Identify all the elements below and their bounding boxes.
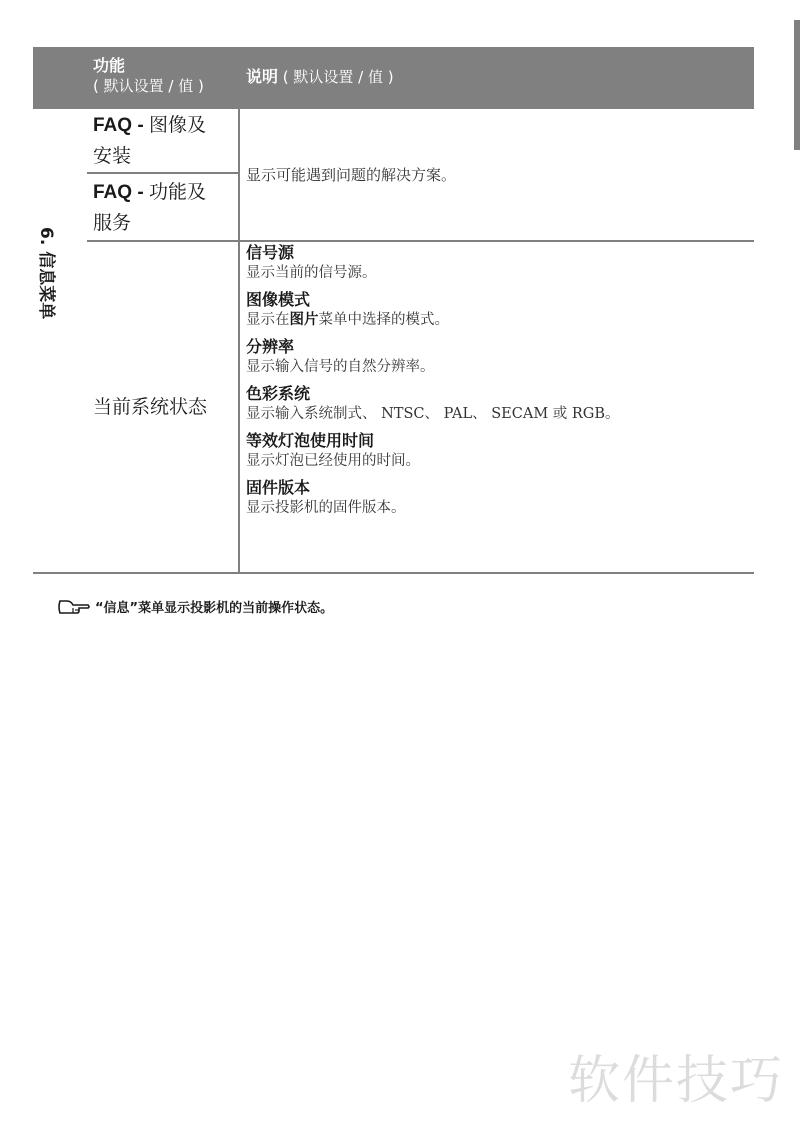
status-item-desc: 显示输入系统制式、 NTSC、 PAL、 SECAM 或 RGB。	[246, 404, 746, 424]
header-description-title: 说明	[246, 67, 278, 86]
header-function-subtitle: ( 默认设置 / 值 )	[93, 76, 204, 97]
faq-image-install-cell: FAQ - 图像及 安装	[93, 110, 206, 171]
faq-label-line1: 功能及	[149, 181, 206, 203]
status-item-title: 图像模式	[246, 290, 746, 310]
faq-label-line1: 图像及	[149, 114, 206, 136]
watermark: 软件技巧	[568, 1038, 784, 1113]
faq-prefix: FAQ -	[93, 182, 149, 203]
status-item-desc: 显示在图片菜单中选择的模式。	[246, 310, 746, 330]
status-item-color-system: 色彩系统 显示输入系统制式、 NTSC、 PAL、 SECAM 或 RGB。	[246, 384, 746, 424]
note-text: “信息”菜单显示投影机的当前操作状态。	[95, 597, 333, 616]
status-item-firmware-version: 固件版本 显示投影机的固件版本。	[246, 478, 746, 518]
status-item-picture-mode: 图像模式 显示在图片菜单中选择的模式。	[246, 290, 746, 330]
status-item-title: 信号源	[246, 243, 746, 263]
header-function-title: 功能	[93, 56, 125, 75]
header-description-column: 说明 ( 默认设置 / 值 )	[246, 66, 394, 88]
column-divider	[238, 109, 240, 574]
row-divider-status	[87, 240, 754, 242]
row-divider-faq	[87, 172, 239, 174]
desc-text: 菜单中选择的模式。	[319, 312, 450, 328]
desc-text: 显示在	[246, 312, 290, 328]
faq-label-line2: 安装	[93, 145, 131, 167]
status-item-desc: 显示投影机的固件版本。	[246, 498, 746, 518]
header-description-subtitle: ( 默认设置 / 值 )	[278, 68, 394, 86]
status-item-title: 等效灯泡使用时间	[246, 431, 746, 451]
faq-function-service-cell: FAQ - 功能及 服务	[93, 177, 206, 238]
faq-label-line2: 服务	[93, 212, 131, 234]
status-item-title: 色彩系统	[246, 384, 746, 404]
status-item-signal-source: 信号源 显示当前的信号源。	[246, 243, 746, 283]
desc-menu-name: 图片	[290, 312, 319, 328]
current-system-status-label: 当前系统状态	[93, 392, 207, 422]
pointing-hand-icon	[57, 599, 91, 615]
note: “信息”菜单显示投影机的当前操作状态。	[57, 597, 333, 616]
section-label-text: 6. 信息菜单	[36, 227, 61, 319]
table-header: 功能 ( 默认设置 / 值 ) 说明 ( 默认设置 / 值 )	[33, 47, 754, 109]
page-edge-tab	[794, 20, 800, 150]
status-item-lamp-hours: 等效灯泡使用时间 显示灯泡已经使用的时间。	[246, 431, 746, 471]
status-item-title: 分辨率	[246, 337, 746, 357]
faq-description: 显示可能遇到问题的解决方案。	[246, 164, 456, 185]
status-item-resolution: 分辨率 显示输入信号的自然分辨率。	[246, 337, 746, 377]
header-function-column: 功能 ( 默认设置 / 值 )	[93, 55, 204, 97]
status-item-desc: 显示当前的信号源。	[246, 263, 746, 283]
table-bottom-rule	[33, 572, 754, 574]
status-item-desc: 显示灯泡已经使用的时间。	[246, 451, 746, 471]
status-item-desc: 显示输入信号的自然分辨率。	[246, 357, 746, 377]
faq-prefix: FAQ -	[93, 115, 149, 136]
section-label: 6. 信息菜单	[33, 227, 73, 357]
status-item-title: 固件版本	[246, 478, 746, 498]
status-item-list: 信号源 显示当前的信号源。 图像模式 显示在图片菜单中选择的模式。 分辨率 显示…	[246, 243, 746, 525]
